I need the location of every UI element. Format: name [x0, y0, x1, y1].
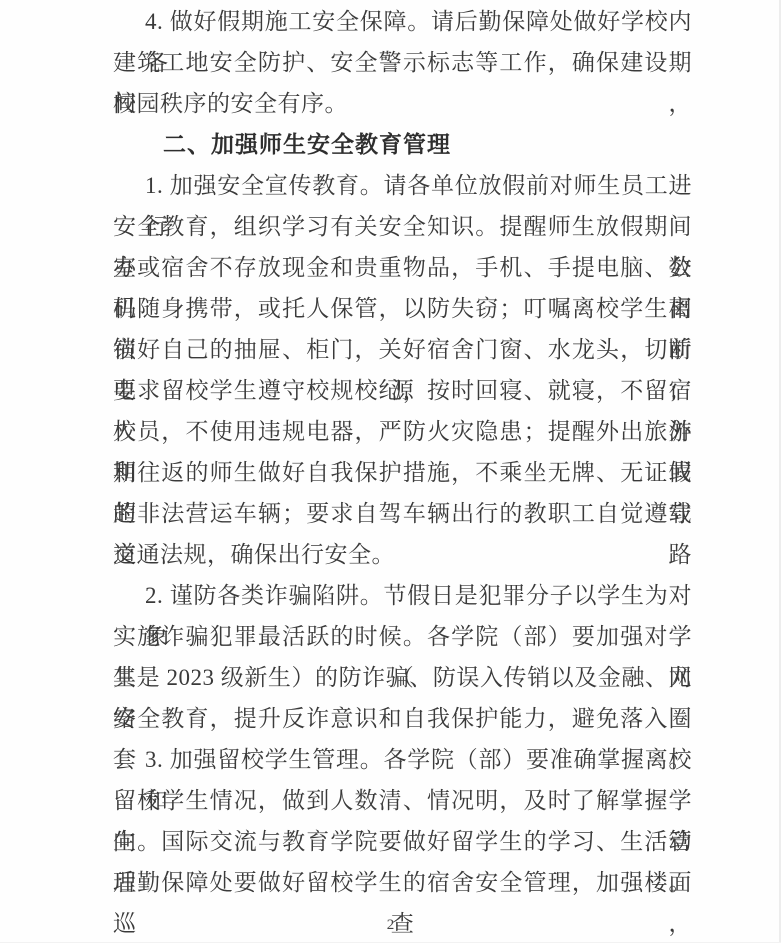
text-line: 1. 加强安全宣传教育。请各单位放假前对师生员工进行	[113, 165, 692, 206]
text-line: 要求留校学生遵守校规校纪，按时回寝、就寝，不留宿校外	[113, 370, 692, 411]
text-line: 2. 谨防各类诈骗陷阱。节假日是犯罪分子以学生为对象	[113, 575, 692, 616]
text-line: 后勤保障处要做好留校学生的宿舍安全管理，加强楼面巡查，	[113, 862, 692, 903]
text-line: 4. 做好假期施工安全保障。请后勤保障处做好学校内各	[113, 1, 692, 42]
text-line: 安全教育，组织学习有关安全知识。提醒师生放假期间办公	[113, 206, 692, 247]
text-line: 留校学生情况，做到人数清、情况明，及时了解掌握学生动	[113, 780, 692, 821]
section-heading: 二、加强师生安全教育管理	[113, 124, 692, 165]
text-line: 3. 加强留校学生管理。各学院（部）要准确掌握离校和	[113, 739, 692, 780]
page-number: 2	[0, 915, 781, 935]
text-line: 机随身携带，或托人保管，以防失窃；叮嘱离校学生离宿前	[113, 288, 692, 329]
text-line: 锁好自己的抽屉、柜门，关好宿舍门窗、水龙头，切断电源；	[113, 329, 692, 370]
text-line: 其是 2023 级新生）的防诈骗、防误入传销以及金融、网络	[113, 657, 692, 698]
text-line: 的非法营运车辆；要求自驾车辆出行的教职工自觉遵守道路	[113, 493, 692, 534]
text-line: 向。国际交流与教育学院要做好留学生的学习、生活管理。	[113, 821, 692, 862]
text-line: 室或宿舍不存放现金和贵重物品，手机、手提电脑、数码相	[113, 247, 692, 288]
document-body: 4. 做好假期施工安全保障。请后勤保障处做好学校内各建筑工地安全防护、安全警示标…	[113, 1, 692, 903]
text-line: 安全教育，提升反诈意识和自我保护能力，避免落入圈套。	[113, 698, 692, 739]
text-line: 建筑工地安全防护、安全警示标志等工作，确保建设期间，	[113, 42, 692, 83]
text-line: 期往返的师生做好自我保护措施，不乘坐无牌、无证或超载	[113, 452, 692, 493]
text-line: 人员，不使用违规电器，严防火灾隐患；提醒外出旅游和假	[113, 411, 692, 452]
text-line: 实施诈骗犯罪最活跃的时候。各学院（部）要加强对学生（尤	[113, 616, 692, 657]
document-page: 4. 做好假期施工安全保障。请后勤保障处做好学校内各建筑工地安全防护、安全警示标…	[0, 0, 781, 943]
